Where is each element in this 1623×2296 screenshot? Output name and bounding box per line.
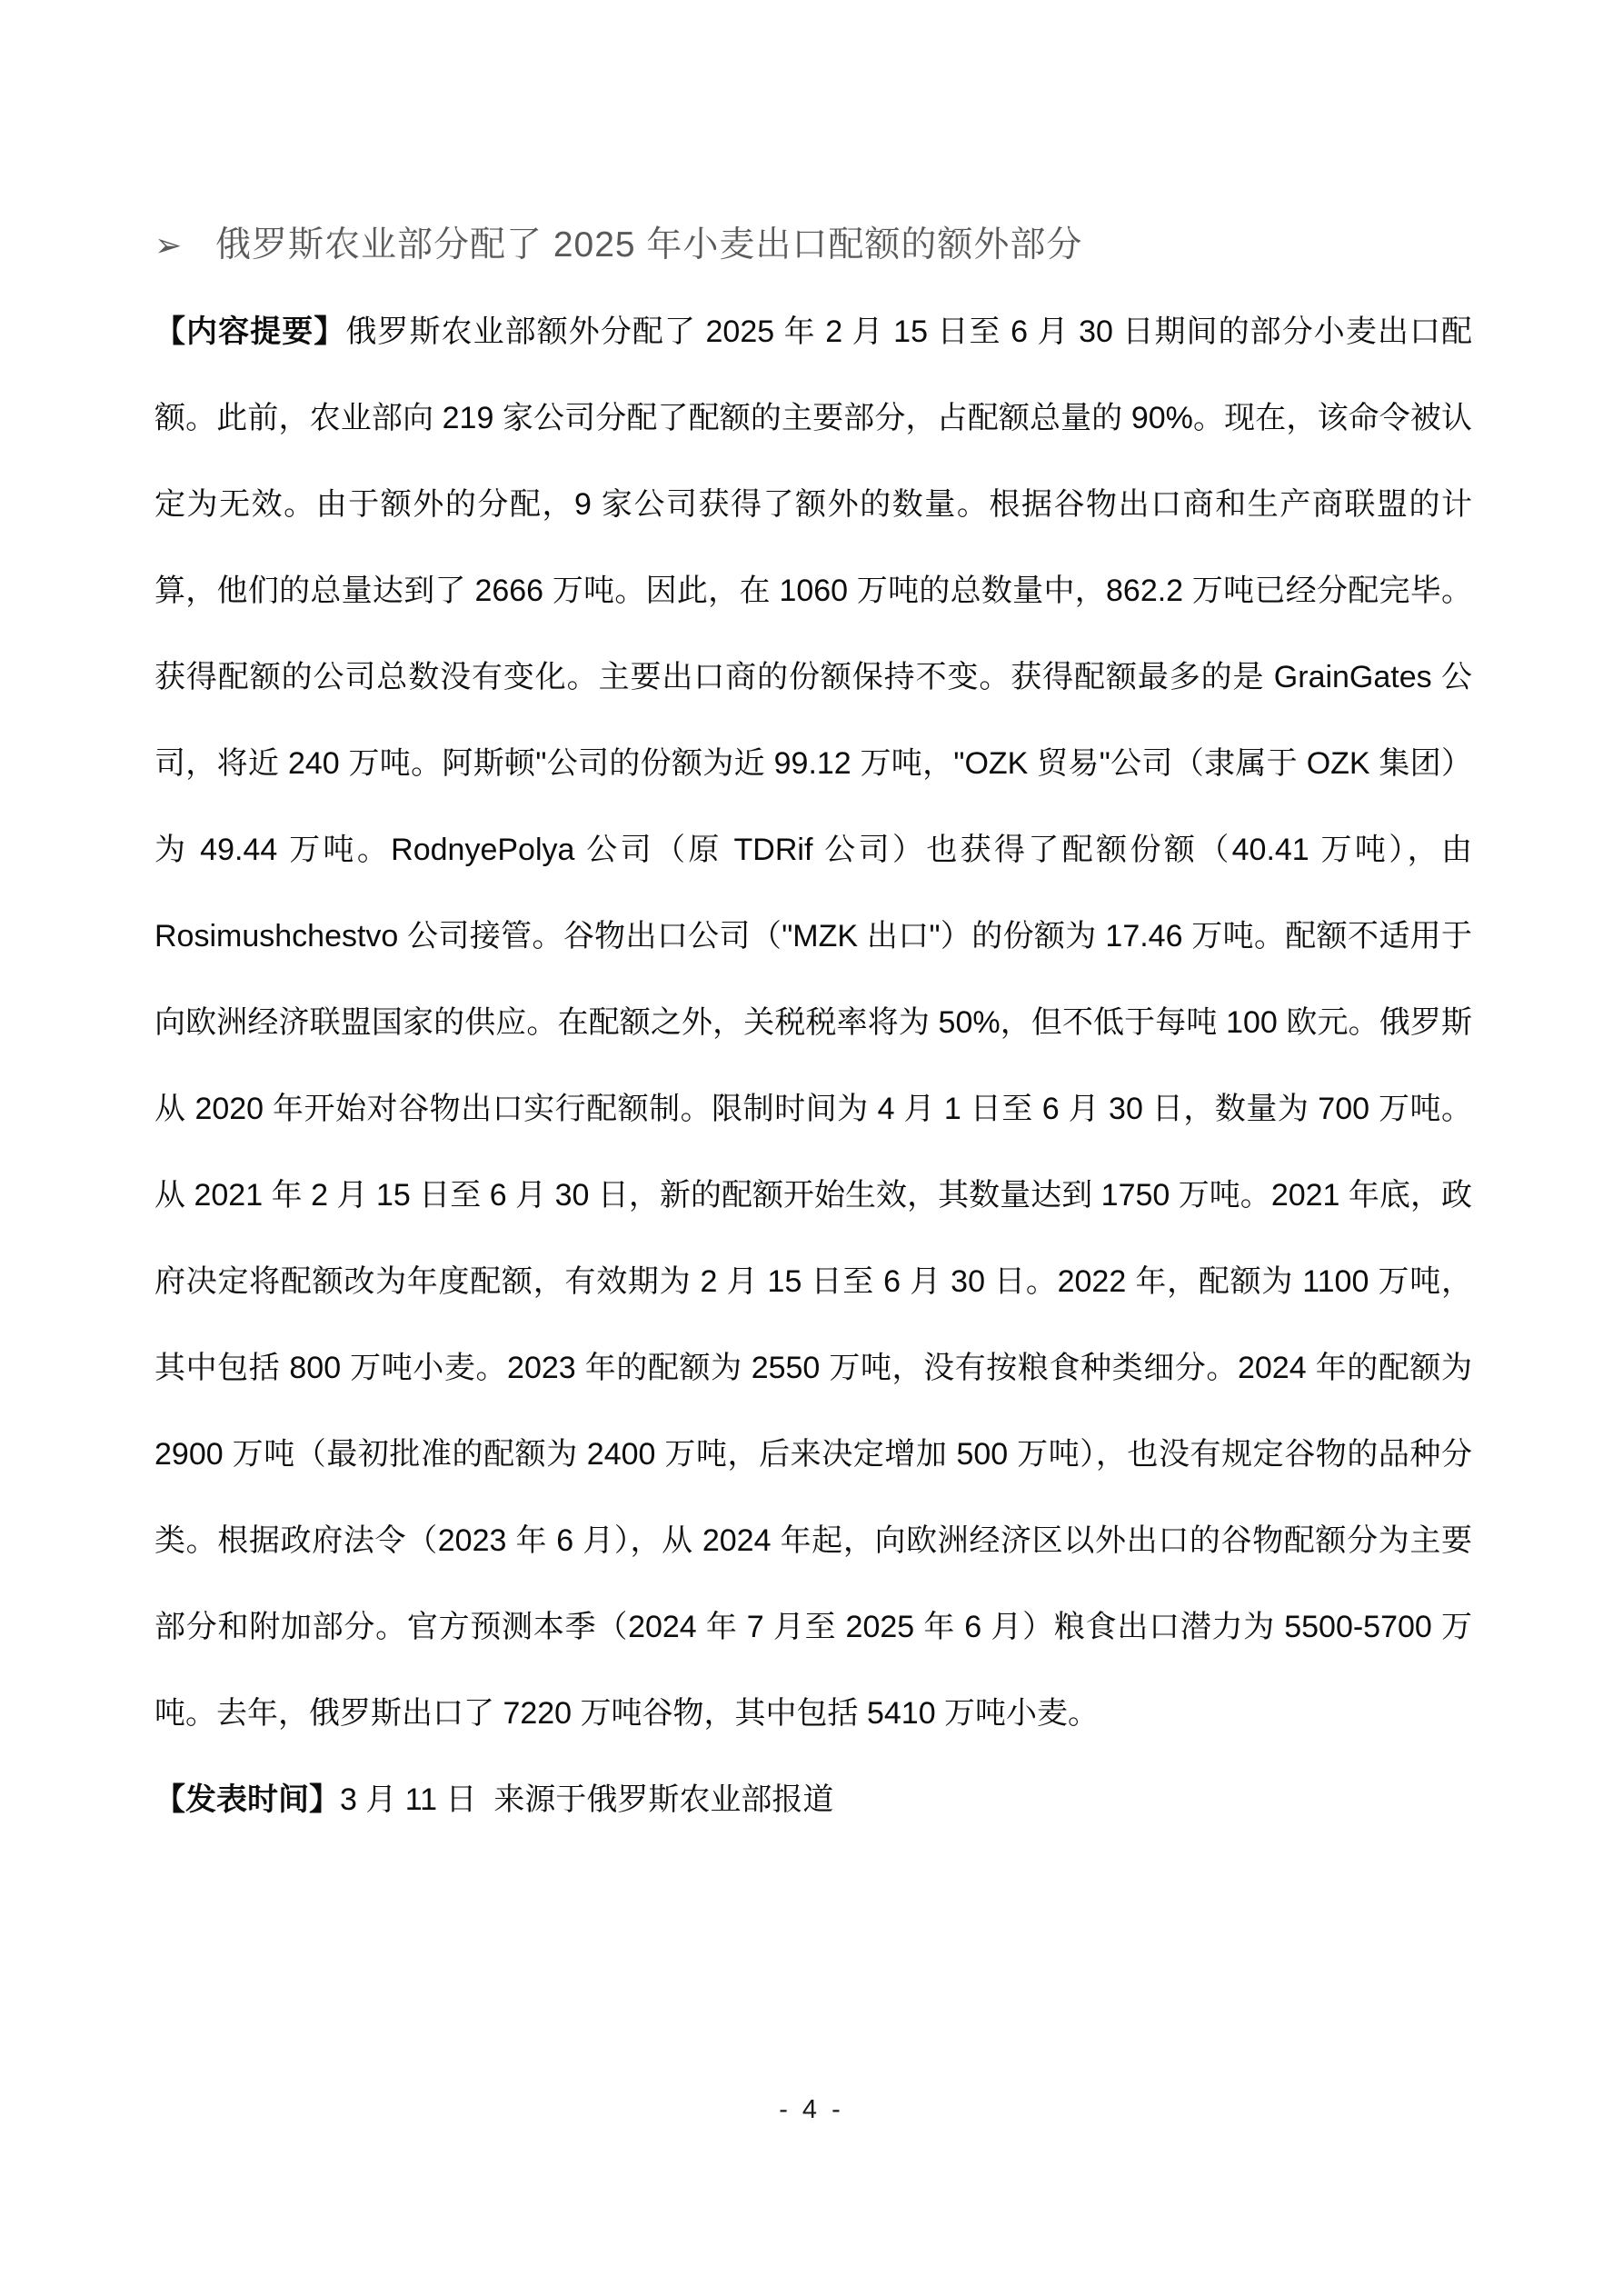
summary-paragraph: 【内容提要】俄罗斯农业部额外分配了 2025 年 2 月 15 日至 6 月 3…	[154, 289, 1472, 1757]
section-title-text: 俄罗斯农业部分配了 2025 年小麦出口配额的额外部分	[215, 225, 1082, 265]
publish-label: 【发表时间】	[154, 1782, 340, 1817]
section-title: ➢俄罗斯农业部分配了 2025 年小麦出口配额的额外部分	[0, 0, 1623, 267]
summary-text: 俄罗斯农业部额外分配了 2025 年 2 月 15 日至 6 月 30 日期间的…	[154, 314, 1472, 1731]
arrow-bullet-icon: ➢	[154, 225, 215, 265]
page-number: - 4 -	[0, 2095, 1623, 2125]
summary-label: 【内容提要】	[154, 314, 345, 349]
publish-text: 3 月 11 日 来源于俄罗斯农业部报道	[340, 1782, 833, 1817]
document-page: ➢俄罗斯农业部分配了 2025 年小麦出口配额的额外部分 【内容提要】俄罗斯农业…	[0, 0, 1623, 2296]
publish-line: 【发表时间】3 月 11 日 来源于俄罗斯农业部报道	[154, 1757, 1472, 1843]
